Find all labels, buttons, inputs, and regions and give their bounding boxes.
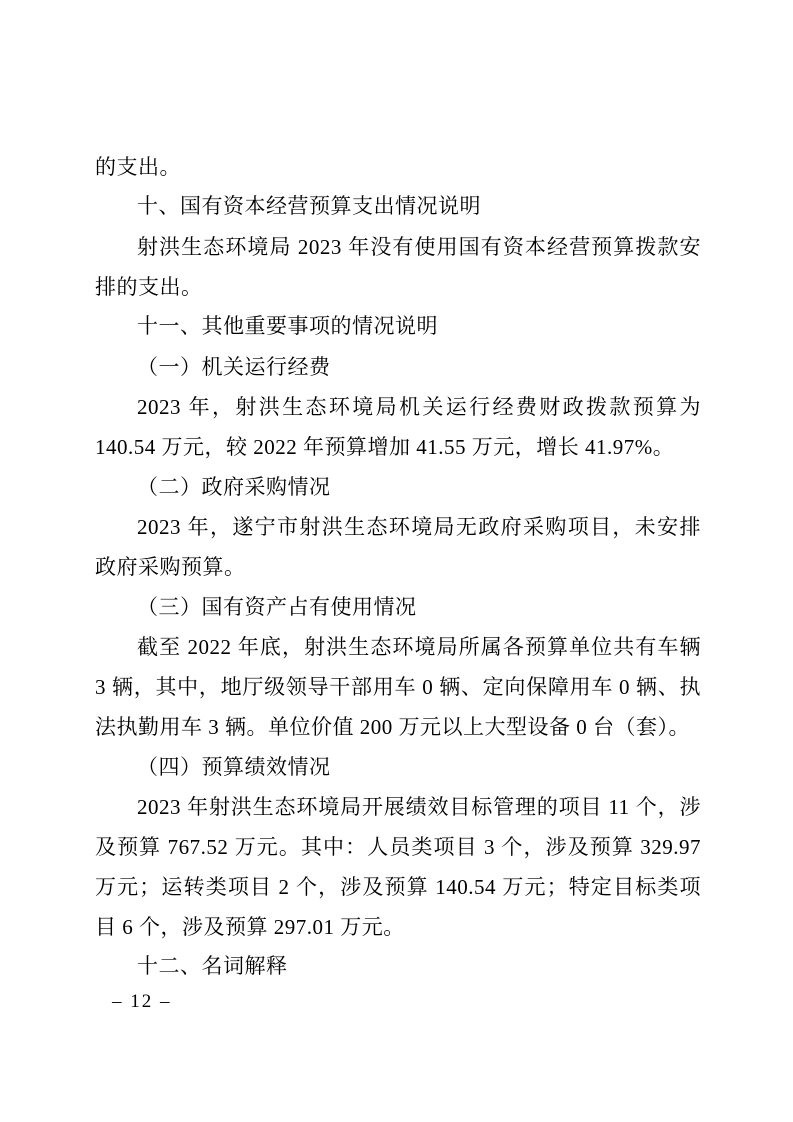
heading-section-eleven: 十一、其他重要事项的情况说明 bbox=[95, 307, 701, 347]
heading-section-twelve: 十二、名词解释 bbox=[95, 947, 701, 987]
paragraph-continuation: 的支出。 bbox=[95, 147, 701, 187]
heading-section-ten: 十、国有资本经营预算支出情况说明 bbox=[95, 187, 701, 227]
heading-sub-budget-performance: （四）预算绩效情况 bbox=[95, 747, 701, 787]
document-page: 的支出。 十、国有资本经营预算支出情况说明 射洪生态环境局 2023 年没有使用… bbox=[0, 0, 793, 1122]
paragraph-state-capital-budget: 射洪生态环境局 2023 年没有使用国有资本经营预算拨款安排的支出。 bbox=[95, 227, 701, 307]
heading-sub-operating-funds: （一）机关运行经费 bbox=[95, 347, 701, 387]
paragraph-government-procurement: 2023 年，遂宁市射洪生态环境局无政府采购项目，未安排政府采购预算。 bbox=[95, 507, 701, 587]
heading-sub-government-procurement: （二）政府采购情况 bbox=[95, 467, 701, 507]
paragraph-operating-funds: 2023 年，射洪生态环境局机关运行经费财政拨款预算为 140.54 万元，较 … bbox=[95, 387, 701, 467]
paragraph-state-assets: 截至 2022 年底，射洪生态环境局所属各预算单位共有车辆 3 辆，其中，地厅级… bbox=[95, 627, 701, 747]
heading-sub-state-assets: （三）国有资产占有使用情况 bbox=[95, 587, 701, 627]
paragraph-budget-performance: 2023 年射洪生态环境局开展绩效目标管理的项目 11 个，涉及预算 767.5… bbox=[95, 787, 701, 947]
document-content: 的支出。 十、国有资本经营预算支出情况说明 射洪生态环境局 2023 年没有使用… bbox=[95, 147, 701, 987]
page-number: – 12 – bbox=[112, 990, 172, 1014]
